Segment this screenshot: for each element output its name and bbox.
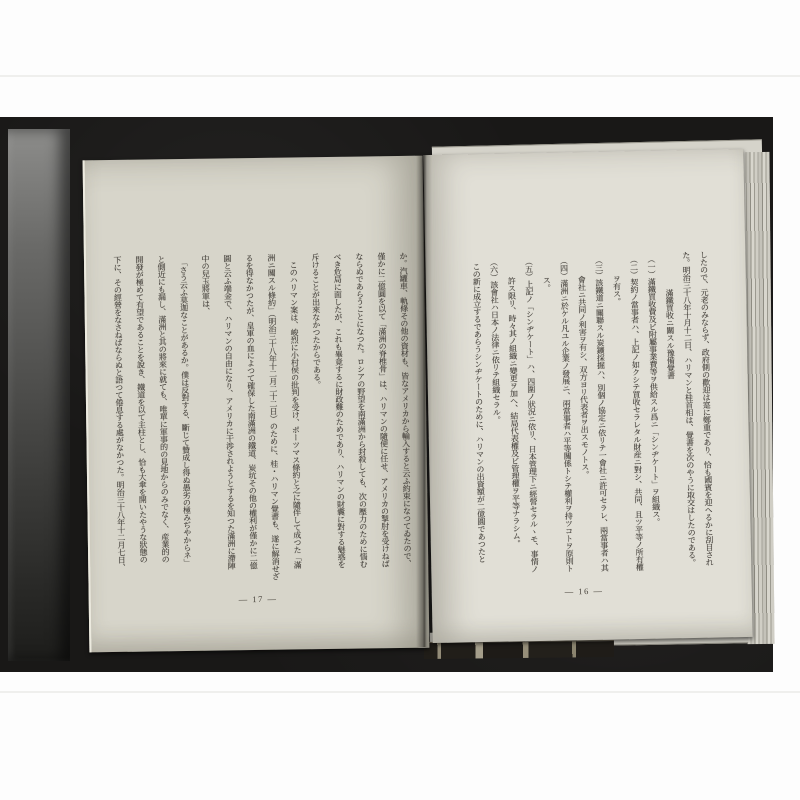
- book-cover-edge: [8, 129, 70, 661]
- torn-paper-edge: [424, 640, 614, 659]
- page-16-text-block: したので、元老のみならず、政府側の歡迎は寔に鄭重であり、恰も國賓を迎へるかに刮目…: [460, 251, 719, 612]
- book-gutter-shadow: [416, 155, 432, 647]
- book-page-16: したので、元老のみならず、政府側の歡迎は寔に鄭重であり、恰も國賓を迎へるかに刮目…: [423, 149, 752, 643]
- page-number-16: — 16 —: [565, 586, 604, 597]
- page-number-17: — 17 —: [239, 594, 278, 605]
- book-page-17: か。汽罐車、軌條その他の資材も、皆なアメリカから輸入すると云ふ約束になつてゐたの…: [83, 156, 430, 653]
- scan-artifact-line: [0, 75, 800, 77]
- scan-artifact-line: [0, 691, 800, 693]
- scanned-book-photo: か。汽罐車、軌條その他の資材も、皆なアメリカから輸入すると云ふ約束になつてゐたの…: [0, 0, 800, 800]
- page-17-text-block: か。汽罐車、軌條その他の資材も、皆なアメリカから輸入すると云ふ約束になつてゐたの…: [98, 252, 419, 614]
